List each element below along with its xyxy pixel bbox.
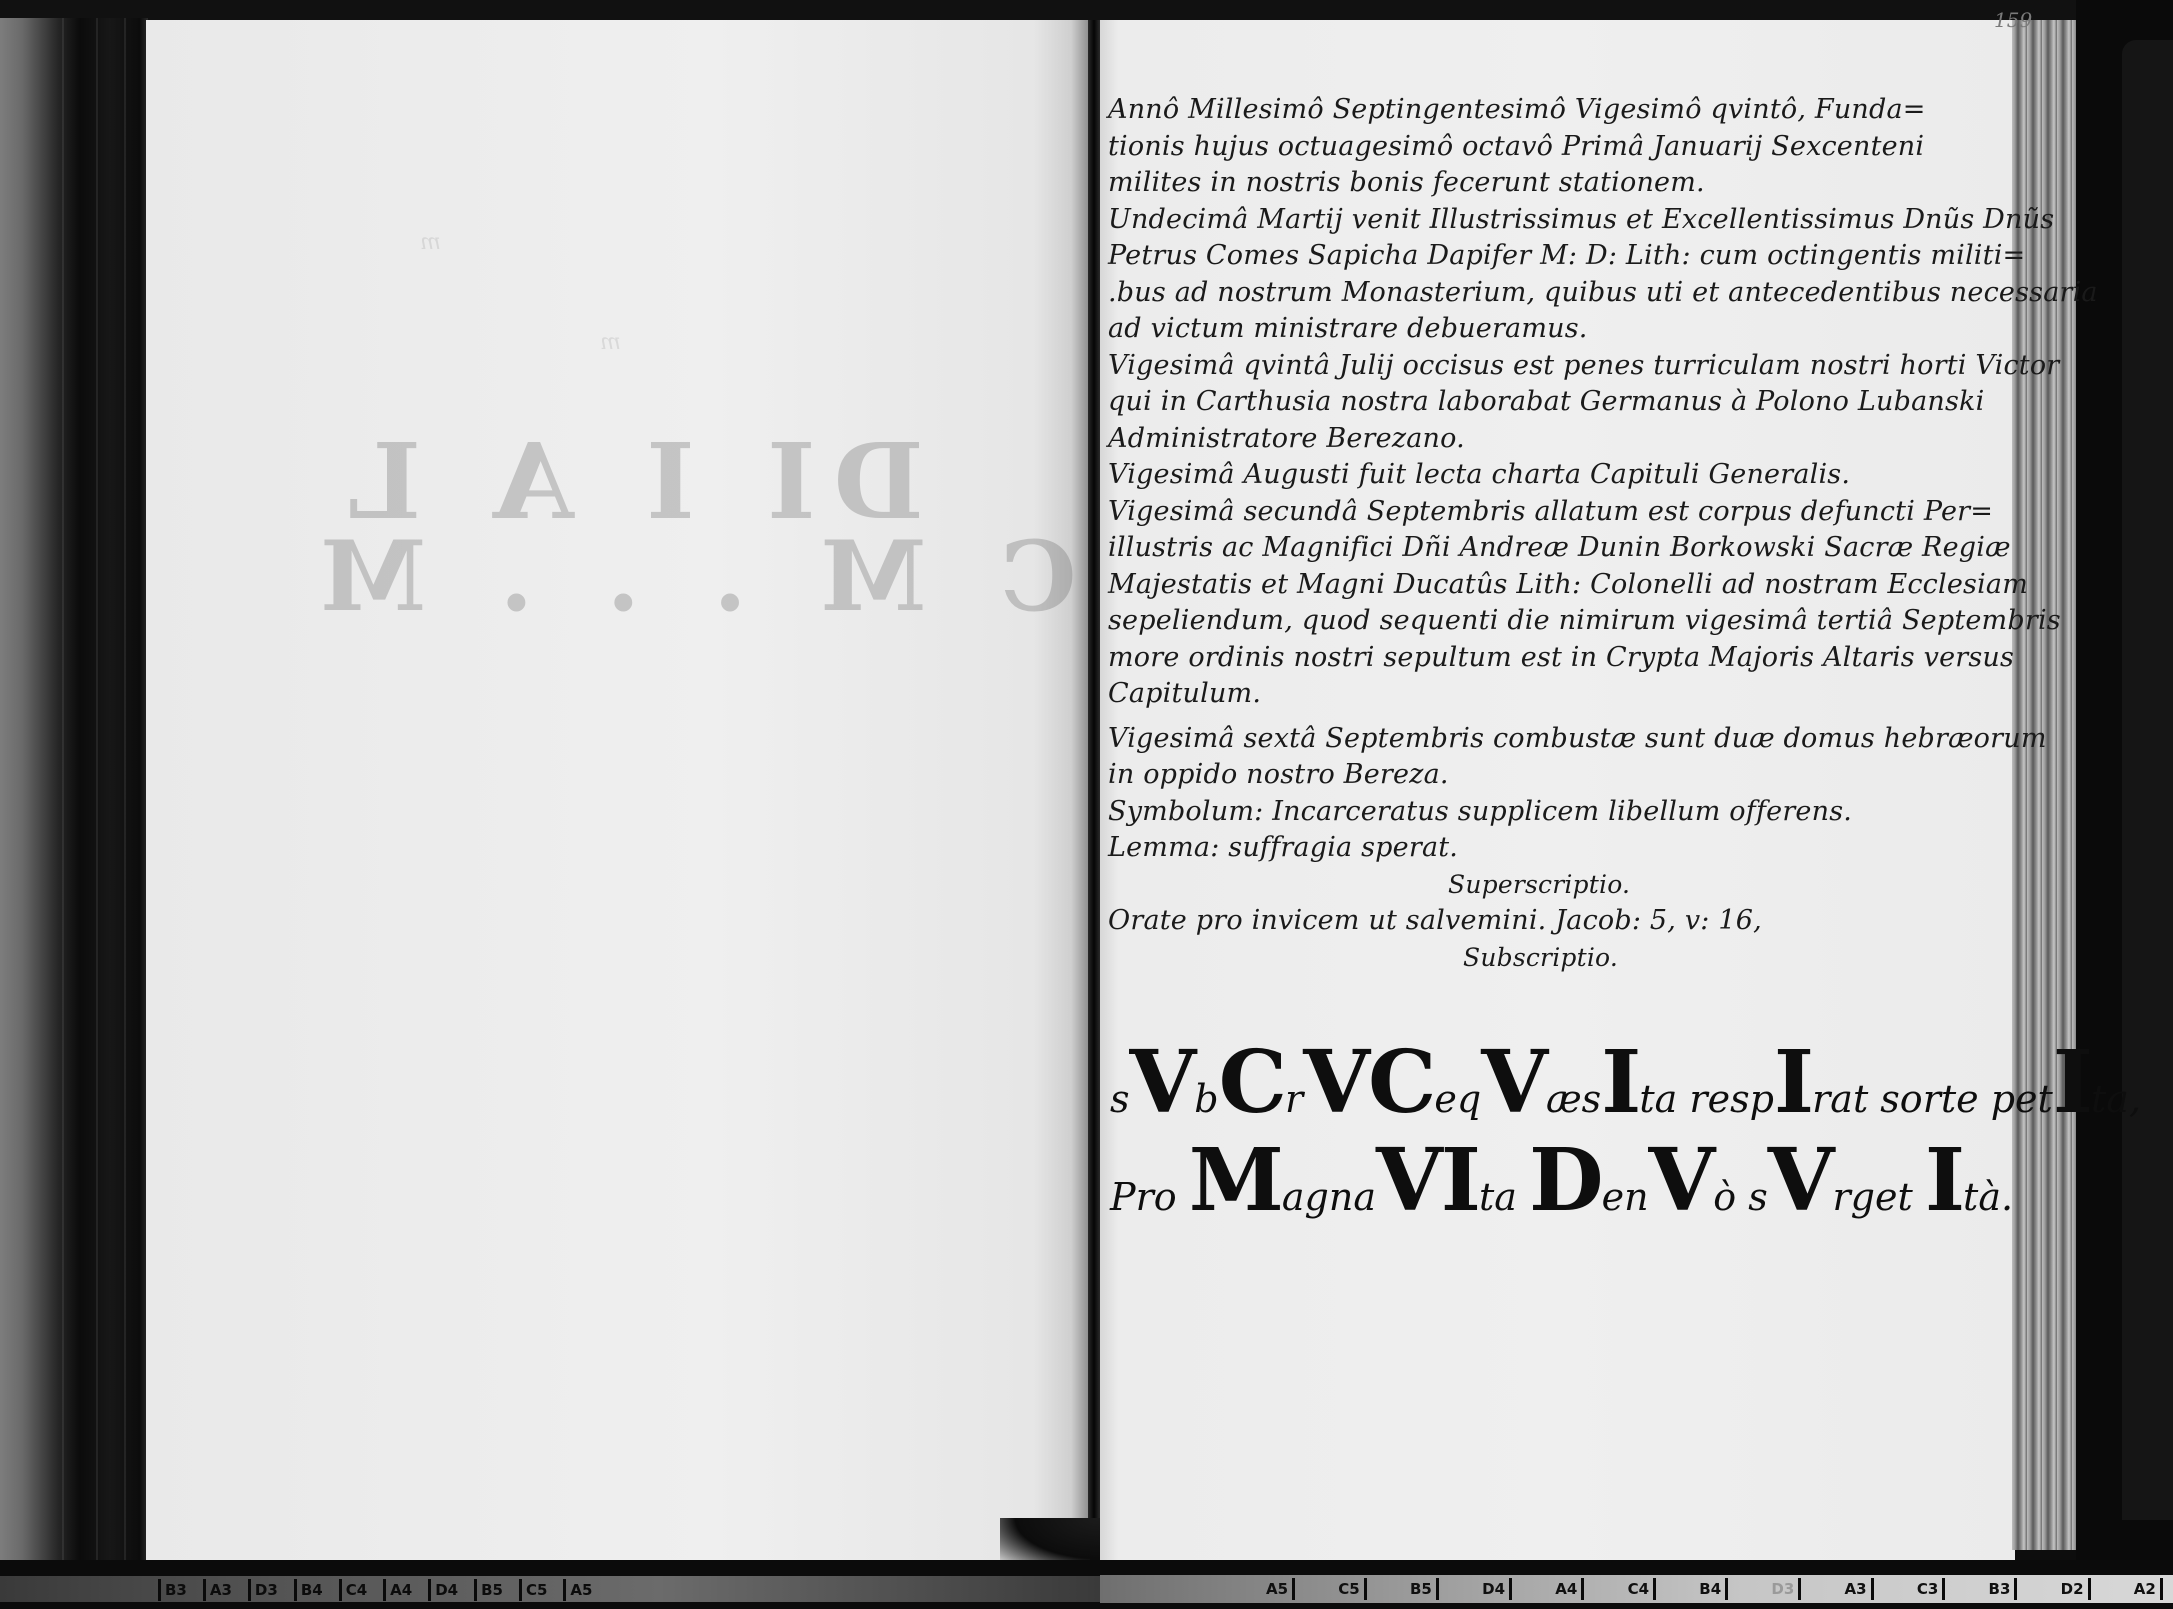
subscriptio-label: Subscriptio.	[1108, 940, 1998, 977]
book-gutter	[1088, 20, 1100, 1520]
left-binding	[0, 18, 148, 1563]
superscriptio-label: Superscriptio.	[1108, 867, 1998, 904]
tab-divider	[1292, 1578, 1295, 1600]
tab-marker-c3: C3	[1911, 1578, 1955, 1600]
chronogram-letters: s	[1110, 1077, 1130, 1121]
binding-streak	[62, 18, 64, 1563]
chronogram-numeral: V	[1649, 1130, 1714, 1231]
chronogram-numeral: V	[1303, 1032, 1368, 1133]
tab-marker-b3: B3	[148, 1579, 193, 1601]
chronogram-letters: rat sorte pet	[1812, 1077, 2053, 1121]
binding-streak	[124, 18, 126, 1563]
bleed-through-mark: m	[420, 230, 441, 255]
chronogram-letters: agna	[1282, 1175, 1376, 1219]
chronogram-numeral: D	[1529, 1130, 1602, 1231]
tab-divider	[383, 1579, 386, 1601]
tab-marker-b4: B4	[1693, 1578, 1738, 1600]
text-line: Petrus Comes Sapicha Dapifer M: D: Lith:…	[1108, 238, 1998, 275]
tab-label: B3	[1989, 1580, 2011, 1598]
tab-divider	[1725, 1578, 1728, 1600]
tab-divider	[203, 1579, 206, 1601]
superscriptio-text: Orate pro invicem ut salvemini. Jacob: 5…	[1108, 903, 1998, 940]
text-line: Majestatis et Magni Ducatûs Lith: Colone…	[1108, 567, 1998, 604]
tab-marker-c5: C5	[509, 1579, 553, 1601]
chronogram-numeral: I	[2053, 1032, 2091, 1133]
tab-label: A5	[1266, 1580, 1288, 1598]
chronogram-letters: ta	[1479, 1175, 1529, 1219]
tab-marker-d4: D4	[418, 1579, 464, 1601]
tab-marker-c4: C4	[329, 1579, 373, 1601]
tab-divider	[2160, 1578, 2163, 1600]
tab-divider	[294, 1579, 297, 1601]
tab-marker-a3: A3	[193, 1579, 238, 1601]
tab-divider	[248, 1579, 251, 1601]
tab-marker-b3: B3	[1983, 1578, 2028, 1600]
chronogram-numeral: C	[1219, 1032, 1285, 1133]
text-line: in oppido nostro Bereza.	[1108, 757, 1998, 794]
text-line: Vigesimâ qvintâ Julij occisus est penes …	[1108, 348, 1998, 385]
chronogram-letters: æs	[1546, 1077, 1601, 1121]
tab-label: A4	[1555, 1580, 1577, 1598]
chronogram-letters: b	[1194, 1077, 1218, 1121]
tab-label: C4	[1628, 1580, 1649, 1598]
text-line: Administratore Berezano.	[1108, 421, 1998, 458]
tab-divider	[1581, 1578, 1584, 1600]
chronogram-letters: en	[1602, 1175, 1649, 1219]
tab-marker-a2: A2	[2128, 1578, 2173, 1600]
text-line: sepeliendum, quod sequenti die nimirum v…	[1108, 603, 1998, 640]
tab-divider	[1871, 1578, 1874, 1600]
chronogram-line-1: sVbCrVCeqVæsIta respIrat sorte petIta,	[1110, 1040, 2010, 1126]
chronogram-letters: e	[1434, 1077, 1457, 1121]
tab-label: C5	[526, 1581, 547, 1599]
tab-label: D3	[1771, 1580, 1794, 1598]
tab-label: B4	[1699, 1580, 1721, 1598]
chronogram-numeral: V	[1376, 1130, 1441, 1231]
chronogram-letters: r	[1285, 1077, 1303, 1121]
tab-label: D3	[255, 1581, 278, 1599]
chronogram-letters: q	[1457, 1077, 1481, 1121]
tab-divider	[474, 1579, 477, 1601]
bleed-through-mark: m	[600, 330, 621, 355]
chronogram-letters: ta,	[2091, 1077, 2141, 1121]
tab-marker-b5: B5	[1404, 1578, 1449, 1600]
tab-divider	[1364, 1578, 1367, 1600]
tab-label: B5	[481, 1581, 503, 1599]
chronogram-letters: rget	[1832, 1175, 1924, 1219]
chronogram-letters: Pro	[1110, 1175, 1189, 1219]
tab-label: A3	[210, 1581, 232, 1599]
left-page	[146, 20, 1090, 1560]
tab-divider	[519, 1579, 522, 1601]
tab-label: C4	[346, 1581, 367, 1599]
chronogram-letters: resp	[1689, 1077, 1773, 1121]
tab-divider	[1436, 1578, 1439, 1600]
tab-divider	[2088, 1578, 2091, 1600]
folio-number: 159	[1994, 8, 2032, 32]
tab-divider	[428, 1579, 431, 1601]
text-line: .bus ad nostrum Monasterium, quibus uti …	[1108, 275, 1998, 312]
right-tab-markers: A5C5B5D4A4C4B4D3A3C3B3D2A2	[1260, 1575, 2173, 1603]
tab-marker-a5: A5	[1260, 1578, 1305, 1600]
tab-marker-c5: C5	[1332, 1578, 1376, 1600]
tab-label: A2	[2134, 1580, 2156, 1598]
tab-marker-b4: B4	[284, 1579, 329, 1601]
tab-divider	[1509, 1578, 1512, 1600]
tab-label: B4	[301, 1581, 323, 1599]
tab-divider	[339, 1579, 342, 1601]
tab-marker-d3: D3	[1765, 1578, 1811, 1600]
text-line: Undecimâ Martij venit Illustrissimus et …	[1108, 202, 1998, 239]
tab-marker-d3: D3	[238, 1579, 284, 1601]
text-line: Vigesimâ Augusti fuit lecta charta Capit…	[1108, 457, 1998, 494]
text-line: ad victum ministrare debueramus.	[1108, 311, 1998, 348]
tab-divider	[1653, 1578, 1656, 1600]
chronogram-numeral: I	[1774, 1032, 1812, 1133]
manuscript-text: Annô Millesimô Septingentesimô Vigesimô …	[1108, 92, 1998, 976]
tab-marker-a5: A5	[553, 1579, 598, 1601]
tab-marker-d4: D4	[1476, 1578, 1522, 1600]
tab-label: C5	[1338, 1580, 1359, 1598]
tab-marker-a4: A4	[1549, 1578, 1594, 1600]
chronogram-numeral: I	[1601, 1032, 1639, 1133]
text-line: more ordinis nostri sepultum est in Cryp…	[1108, 640, 1998, 677]
chronogram-numeral: V	[1130, 1032, 1195, 1133]
cover-notch	[2122, 40, 2173, 1520]
book-top-edge	[0, 0, 2173, 20]
chronogram-line-2: Pro MagnaVIta DenVò sVrget Ità.	[1110, 1138, 2010, 1224]
text-line: milites in nostris bonis fecerunt statio…	[1108, 165, 1998, 202]
chronogram-numeral: I	[1441, 1130, 1479, 1231]
text-line: Annô Millesimô Septingentesimô Vigesimô …	[1108, 92, 1998, 129]
text-line: qui in Carthusia nostra laborabat German…	[1108, 384, 1998, 421]
chronogram-numeral: M	[1189, 1130, 1282, 1231]
tab-marker-a3: A3	[1839, 1578, 1884, 1600]
text-line: tionis hujus octuagesimô octavô Primâ Ja…	[1108, 129, 1998, 166]
tab-label: A3	[1845, 1580, 1867, 1598]
tab-divider	[1798, 1578, 1801, 1600]
text-line: Vigesimâ sextâ Septembris combustæ sunt …	[1108, 721, 1998, 758]
tab-divider	[1942, 1578, 1945, 1600]
chronogram-numeral: I	[1925, 1130, 1963, 1231]
tab-label: D2	[2061, 1580, 2084, 1598]
tab-marker-c4: C4	[1622, 1578, 1666, 1600]
lemma-line: Lemma: suffragia sperat.	[1108, 830, 1998, 867]
text-line: illustris ac Magnifici Dñi Andreæ Dunin …	[1108, 530, 1998, 567]
tab-label: B3	[165, 1581, 187, 1599]
tab-label: A5	[570, 1581, 592, 1599]
text-line: Vigesimâ secundâ Septembris allatum est …	[1108, 494, 1998, 531]
chronogram-numeral: C	[1368, 1032, 1434, 1133]
tab-label: C3	[1917, 1580, 1938, 1598]
chronogram-numeral: V	[1481, 1032, 1546, 1133]
chronogram-numeral: V	[1768, 1130, 1833, 1231]
tab-divider	[158, 1579, 161, 1601]
tab-label: D4	[435, 1581, 458, 1599]
right-cover	[2076, 0, 2173, 1560]
left-tab-markers: B3A3D3B4C4A4D4B5C5A5	[148, 1576, 598, 1604]
tab-label: D4	[1482, 1580, 1505, 1598]
chronogram-letters: ta	[1639, 1077, 1689, 1121]
binding-streak	[96, 18, 98, 1563]
chronogram-letters: tà.	[1963, 1175, 2013, 1219]
tab-marker-a4: A4	[373, 1579, 418, 1601]
tab-label: A4	[390, 1581, 412, 1599]
tab-marker-b5: B5	[464, 1579, 509, 1601]
text-line: Capitulum.	[1108, 676, 1998, 713]
tab-marker-d2: D2	[2055, 1578, 2101, 1600]
symbolum-line: Symbolum: Incarceratus supplicem libellu…	[1108, 794, 1998, 831]
tab-divider	[2014, 1578, 2017, 1600]
chronogram-letters: ò s	[1713, 1175, 1767, 1219]
tab-label: B5	[1410, 1580, 1432, 1598]
tab-divider	[563, 1579, 566, 1601]
